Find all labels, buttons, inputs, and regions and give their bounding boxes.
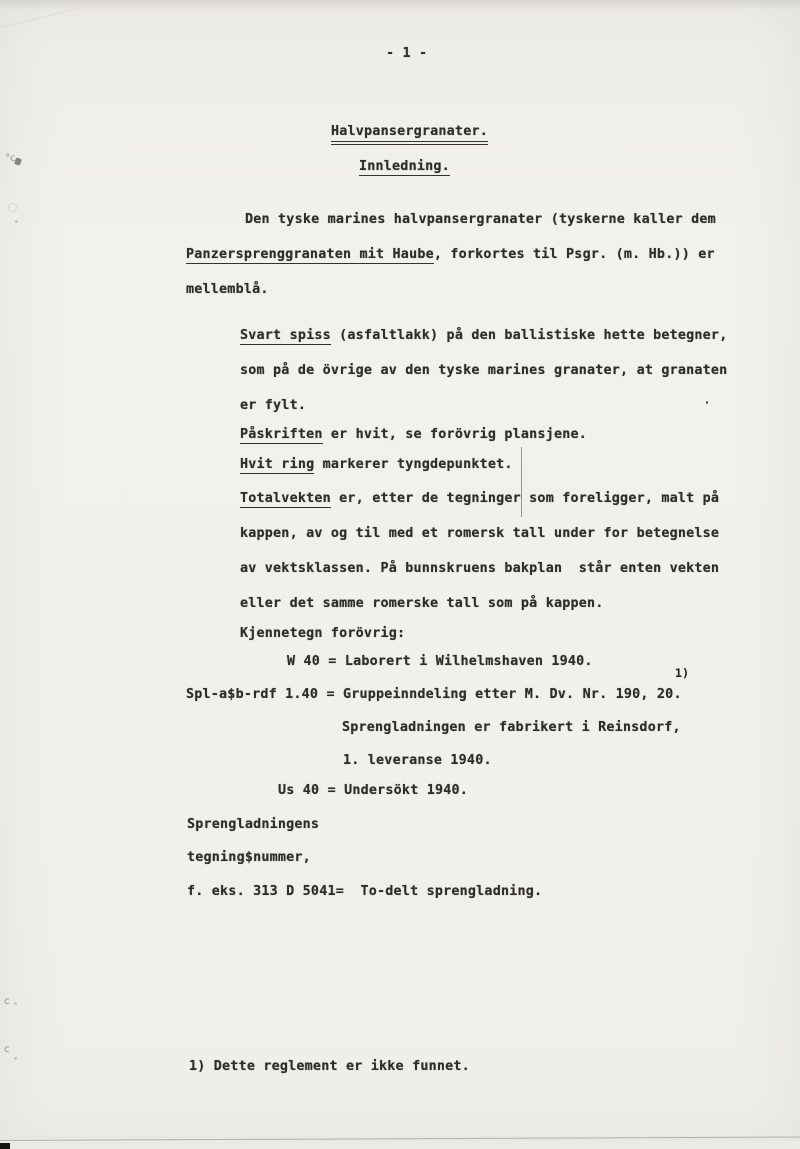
svart-spiss-rest: (asfaltlakk) på den ballistiske hette be… — [331, 328, 728, 343]
totalvekten-line-1: Totalvekten er, etter de tegninger som f… — [240, 491, 719, 507]
faint-dot-mark — [14, 1002, 17, 1005]
faint-dot-mark — [14, 1057, 17, 1060]
marking-w40: W 40 = Laborert i Wilhelmshaven 1940. — [287, 654, 593, 670]
hvit-ring-term: Hvit ring — [240, 457, 314, 474]
scan-corner-mark — [0, 1143, 10, 1149]
marking-spl: Spl-a$b-rdf 1.40 = Gruppeinndeling etter… — [186, 687, 682, 703]
drawing-number-line-2: tegning$nummer, — [187, 850, 311, 866]
pencil-mark: c — [4, 996, 10, 1007]
paaskriften-rest: er hvit, se forövrig plansjene. — [323, 427, 587, 442]
paaskriften-term: Påskriften — [240, 427, 323, 444]
pencil-mark: c — [4, 1044, 10, 1055]
svart-spiss-line-2: som på de övrige av den tyske marines gr… — [240, 363, 727, 379]
section-subtitle: Innledning. — [359, 159, 450, 175]
page-number: - 1 - — [386, 46, 427, 62]
hvit-ring-rest: markerer tyngdepunktet. — [314, 457, 512, 472]
marking-us40: Us 40 = Undersökt 1940. — [278, 783, 468, 799]
paper-crease — [0, 7, 81, 30]
footnote-text: 1) Dette reglement er ikke funnet. — [189, 1059, 470, 1075]
scanner-background — [0, 1141, 800, 1149]
intro-line-2-rest: , forkortes til Psgr. (m. Hb.)) er — [434, 247, 715, 262]
intro-line-2: Panzersprenggranaten mit Haube, forkorte… — [186, 247, 715, 263]
pencil-smudge — [14, 157, 22, 166]
kjennetegn-label: Kjennetegn forövrig: — [240, 626, 405, 642]
marking-reinsdorf: Sprengladningen er fabrikert i Reinsdorf… — [342, 720, 681, 736]
faint-circle-mark — [8, 203, 17, 212]
svart-spiss-line-1: Svart spiss (asfaltlakk) på den ballisti… — [240, 328, 727, 344]
drawing-number-line-3: f. eks. 313 D 5041= To-delt sprengladnin… — [187, 884, 542, 900]
stray-ink-line — [521, 447, 522, 517]
section-subtitle-text: Innledning. — [359, 159, 450, 176]
paaskriften-line: Påskriften er hvit, se forövrig plansjen… — [240, 427, 587, 443]
footnote-reference: 1) — [675, 665, 689, 681]
totalvekten-rest: er, etter de tegninger som foreligger, m… — [331, 491, 719, 506]
intro-line-2-term: Panzersprenggranaten mit Haube — [186, 247, 434, 264]
totalvekten-line-4: eller det samme romerske tall som på kap… — [240, 596, 604, 612]
svart-spiss-line-3: er fylt. — [240, 398, 306, 414]
totalvekten-line-3: av vektsklassen. På bunnskruens bakplan … — [240, 561, 719, 577]
totalvekten-term: Totalvekten — [240, 491, 331, 508]
page-title: Halvpansergranater. — [331, 124, 488, 140]
totalvekten-line-2: kappen, av og til med et romersk tall un… — [240, 526, 719, 542]
hvit-ring-line: Hvit ring markerer tyngdepunktet. — [240, 457, 513, 473]
page-title-text: Halvpansergranater. — [331, 124, 488, 145]
ink-speck — [706, 401, 708, 404]
drawing-number-line-1: Sprengladningens — [187, 817, 319, 833]
intro-line-1: Den tyske marines halvpansergranater (ty… — [245, 212, 716, 228]
faint-dot-mark — [15, 220, 18, 223]
svart-spiss-term: Svart spiss — [240, 328, 331, 345]
scanned-document-page: - 1 - Halvpansergranater. Innledning. De… — [0, 0, 800, 1149]
scan-top-shadow — [0, 0, 800, 10]
intro-line-3: mellemblå. — [186, 282, 269, 298]
marking-leveranse: 1. leveranse 1940. — [343, 753, 492, 769]
